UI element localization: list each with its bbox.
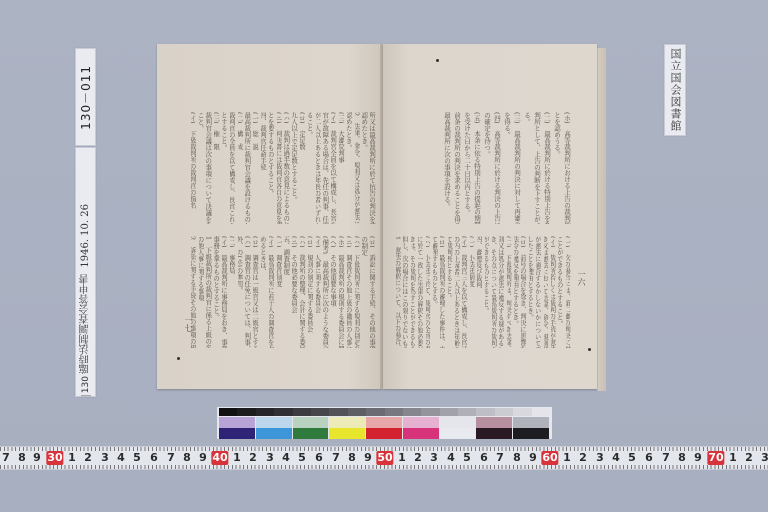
ruler-label: 4 [447,451,455,465]
gray-patch [311,408,329,416]
color-patch [256,428,292,439]
ruler-label: 5 [298,451,306,465]
catalog-series-number: 130 [81,376,91,396]
text-column: (ヘ) その他重要な事項 [331,236,337,348]
color-patch [329,428,365,439]
ruler-major-label: 30 [46,451,63,465]
text-column: 事務を掌るものとすること。 [214,236,220,348]
ruler-label: 3 [430,451,438,465]
color-patch [476,417,512,428]
ruler-label: 6 [150,451,158,465]
ruler-label: 8 [513,451,521,465]
gray-patch [513,408,531,416]
right-page: (ホ) 高等裁判所における上告の裁判所の決定によるときとを認めうる。(二) 最高… [383,44,597,389]
text-column: (二) 事務局 [230,236,236,348]
ruler-labels: 7893012345678940123456789501234567896012… [0,451,768,465]
text-column: 判所として、上告の判断を下すことができるものとす [533,112,541,224]
text-column: (二) 構 成 [238,112,244,224]
text-column: る。 [523,112,531,224]
text-column: が憲法に適合するかしないかについて不当な判断を [536,236,541,348]
catalog-title-slip: 1946. 10. 26 臨時法制調査会答申書 130 [75,147,96,397]
text-column: (三) 権 限 [214,112,220,224]
text-column: 五、調査制度 [284,236,290,348]
ruler-label: 9 [364,451,372,465]
text-column: (イ) 裁判官全員を以て構成し、長官を裁判長とし、長 [331,112,337,224]
ruler-label: 2 [249,451,257,465]
ruler-label: 2 [84,451,92,465]
ruler-label: 7 [662,451,670,465]
gray-patch [348,408,366,416]
catalog-title: 臨時法制調査会答申書 [78,274,93,374]
text-column: ことができるものとすること。 [558,236,563,348]
text-column: 四、裁判官任命手続 [261,112,267,224]
gray-patch [237,408,255,416]
text-column: 九人以上で定足数とすること。 [292,112,298,224]
ruler-label: 5 [133,451,141,465]
left-page-lower-text: (ロ) 訴訟に関する手続、その他の事項についての規則の制定(ハ) 下級裁判所に関… [191,236,376,348]
left-page-upper-text: 所又は最高裁判所に於て抗告の判決を確定でないと認めたとき。2 法律、命令、規則又… [191,112,376,224]
color-patch [513,428,549,439]
text-column: (二) 下級裁判所は、判決すべき法律、命令若しくは規 [507,236,512,348]
gray-patch [458,408,476,416]
gray-patch [385,408,403,416]
text-column: の制定 [362,236,368,348]
text-column: て審理するものとする。 [433,236,438,348]
text-column: 1 憲法の解釈について、以下の場合、行政裁判 [396,236,401,348]
ruler-label: 8 [348,451,356,465]
text-column: を受けた日から二十日以内とする。 [463,112,471,224]
text-column: こと。 [199,112,205,224]
ruler-label: 7 [496,451,504,465]
right-page-upper-text: (ホ) 高等裁判所における上告の裁判所の決定によるときとを認めうる。(二) 最高… [421,112,571,224]
text-column: (一) 総 説 [253,112,259,224]
gray-patch [256,408,274,416]
library-name: 国立国会図書館 [667,48,683,132]
ruler-major-label: 70 [707,451,724,465]
ruler-major-label: 50 [376,451,393,465]
color-patch [440,417,476,428]
text-column: (イ) 最高裁判所に若干人の調査官をおき、必要を認 [269,236,275,348]
text-column: (ニ) その他必要な委員会 [292,236,298,348]
library-stamp-slip: 国立国会図書館 [664,44,686,136]
ruler-label: 3 [761,451,768,465]
gray-patch [476,408,494,416]
text-column: (ハ) 調査官の任免については、判事、その他の事項の [245,236,251,348]
text-column: (イ) 裁判所若しくは裁判の手続が憲法に違反すると [551,236,556,348]
color-patch [256,417,292,428]
document-spread: 所又は最高裁判所に於て抗告の判決を確定でないと認めたとき。2 法律、命令、規則又… [157,44,605,392]
text-column: 四、審理及び裁判 [477,236,482,348]
color-swatches-dark [219,428,550,439]
text-column: 裁判官の全員を以て構成し、長官これを主宰するもの [230,112,236,224]
color-patch [513,417,549,428]
text-column: (五) 本条に依る特別上告の提起の期間は判決の送達 [473,112,481,224]
gray-patch [403,408,421,416]
text-column: の他人事に関する事項 [199,236,205,348]
ruler-label: 8 [678,451,686,465]
ruler-label: 3 [101,451,109,465]
ruler-label: 8 [18,451,26,465]
catalog-date: 1946. 10. 26 [80,204,91,268]
text-column: (ロ) 調査官は一級官又は二級官とすること。 [253,236,259,348]
text-column: (一) 次の場合には、第二審の判決に対して上告する [566,236,571,348]
text-column: (イ) 裁判官三人を以て構成し、長官又は先任の判事 [462,236,467,348]
ruler-label: 6 [645,451,653,465]
text-column: とを認めうる。 [553,112,561,224]
page-mark [177,357,180,360]
text-column: (ロ) 訴訟に関する手続、その他の事項についての規則 [370,236,376,348]
text-column: きは、その裁判を為すことができるものとすること。 [411,236,416,348]
color-patch [293,417,329,428]
ruler-label: 9 [694,451,702,465]
text-column: (イ) 下級裁判所の裁判官の指名 [191,112,197,224]
text-column: (一) 調査官制度 [277,236,283,348]
ruler-label: 7 [2,451,10,465]
text-column: (イ) 人事に関する委員会 [316,236,322,348]
gray-patch [421,408,439,416]
text-column: (ハ) 小法廷に於て、裁判官の全員の事件に対する判断 [426,236,431,348]
text-column: 認めたとき。 [347,112,353,224]
text-column: (三) 最高裁判所の判決に対して再審の訴を為すこと [513,112,521,224]
text-column: 官が故障ある場合は、先任の判事、任官の日の同じ者 [323,112,329,224]
ruler-label: 5 [628,451,636,465]
ruler-label: 2 [579,451,587,465]
text-column: が二人以上あるときは年長の者いずれかの裁判長とす [316,112,322,224]
gray-patch [495,408,513,416]
ruler-label: 1 [233,451,241,465]
text-column: (ロ) 最高裁判所の審理した事件は、すべて小法廷に於 [440,236,445,348]
page-stack-edge [597,48,606,391]
catalog-item-id: 130－011 [77,65,94,130]
text-column: の確定を待つ。 [483,112,491,224]
ruler-label: 5 [463,451,471,465]
gray-patch [219,408,237,416]
color-patch [366,417,402,428]
text-column: (ホ) 高等裁判所における上告の裁判所の決定によるとき [563,112,571,224]
color-swatches-light [219,417,550,428]
color-patch [329,417,365,428]
text-column: (一) 小法廷制度 [470,236,475,348]
ruler-label: 6 [315,451,323,465]
ruler-label: 1 [729,451,737,465]
text-column: に於て一致した法律の解釈その他必要がないと認めたと [418,236,423,348]
ruler-major-label: 60 [541,451,558,465]
right-page-number: 一六 [576,270,587,286]
left-page: 所又は最高裁判所に於て抗告の判決を確定でないと認めたとき。2 法律、命令、規則又… [157,44,382,389]
ruler-label: 2 [414,451,422,465]
ruler-ticks-bottom [0,465,768,469]
text-column: (ニ) 判決書には裁判官各自の意見を明確に表示するこ [277,112,283,224]
text-column: 則又は処分が憲法に違反する疑があると [499,236,504,348]
ruler-label: 2 [745,451,753,465]
ruler-label: 1 [563,451,571,465]
text-column: き又は憲法において法律、命令、規則若しくは処分 [544,236,549,348]
color-patch [219,428,255,439]
color-calibration-chart [217,407,552,439]
text-column: 最高裁判所に裁判官会議を設けるものとすること。 [245,112,251,224]
ruler-label: 4 [612,451,620,465]
color-patch [219,417,255,428]
ruler-label: 9 [199,451,207,465]
text-column: ること。 [308,112,314,224]
text-column: (三) 大審院判事 [339,112,345,224]
text-column: (ホ) 最高裁判所の規則する委員会に関する事項 [339,236,345,348]
gray-patch [440,408,458,416]
text-column: 外、の(ホ)の準用。 [238,236,244,348]
gray-patch [532,408,550,416]
ruler-label: 1 [398,451,406,465]
text-column: き、その点について最高裁判所の裁判を求めること [492,236,497,348]
color-patch [476,428,512,439]
text-column: 裁判官会議は次の事項について決議を為すものとする [206,112,212,224]
ruler-label: 4 [282,451,290,465]
ruler-major-label: 40 [211,451,228,465]
left-page-number: 一七 [183,316,194,332]
text-column: 前条の裁判所の判決を求めることを得る。 [453,112,461,224]
text-column: て裁判長とすること。 [448,236,453,348]
ruler-label: 7 [332,451,340,465]
text-column: とを要するものとすること。 [269,112,275,224]
text-column: したことを理由とするとき。 [529,236,534,348]
text-column: 認めたとき。 [362,112,368,224]
color-patch [293,428,329,439]
ruler-label: 8 [183,451,191,465]
ruler-label: 9 [529,451,537,465]
text-column: (ニ) 調査官その他上級の職員の人事に関する事項 [347,236,353,348]
page-mark [588,348,591,351]
text-column: (二) 最高裁判所に於ける特別上告を為す場合は最高裁 [543,112,551,224]
color-patch [366,428,402,439]
color-patch [440,428,476,439]
text-column: 最高裁判所に次の事項を設ける。 [443,112,451,224]
text-column: 所又は最高裁判所に於て抗告の判決を確定でないと [370,112,376,224]
text-column: の内の上席者二人以上あるときは年齢の多い者を以 [455,236,460,348]
text-column: 2 法律、命令、規則又は処分が憲法に適合しないと [355,112,361,224]
text-column: ができるものとすること。 [485,236,490,348]
ruler-label: 4 [117,451,125,465]
gray-patch [366,408,384,416]
text-column: を得る。 [503,112,511,224]
catalog-id-slip: 130－011 [75,48,96,146]
text-column: (四) 高等裁判所に於ける判決の上告に関しては判決 [493,112,501,224]
text-column: 但し、次の場合にはこの限りでないものとすること。 [403,236,408,348]
text-column: (ロ) 規則の制定に関する委員会 [308,236,314,348]
text-column: (ロ) 定足数 [300,112,306,224]
gray-patch [274,408,292,416]
gray-patch [293,408,311,416]
ruler-label: 1 [68,451,76,465]
text-column: (ハ) 裁判は過半数の意見によるものとすること。 [284,112,290,224]
text-column: 法令の違反を理由とするとき。 [514,236,519,348]
ruler-label: 7 [167,451,175,465]
right-page-lower-text: (一) 次の場合には、第二審の判決に対して上告することができるものとすること。(… [396,236,571,348]
text-column: とすること。 [222,112,228,224]
ruler-label: 9 [33,451,41,465]
text-column: めるときは、 [261,236,267,348]
text-column: (ハ) 下級裁判所に関する規則の制定の委任 [355,236,361,348]
page-mark [436,59,439,62]
text-column: (ロ) 前号の場合を除き、判決に影響を及ぼすべき [521,236,526,348]
gray-patch [329,408,347,416]
gray-scale-strip [219,408,550,416]
text-column: (ハ) 裁判所の整理、会計に関する委員会 [300,236,306,348]
text-column: (イ) 最高裁判所に事務局をおき、事務局に於ては次の [222,236,228,348]
ruler-label: 3 [596,451,604,465]
ruler-label: 3 [266,451,274,465]
measuring-ruler: 7893012345678940123456789501234567896012… [0,446,768,470]
ruler-label: 6 [480,451,488,465]
text-column: (備考) 最高裁判所に次のような委員会を設ける。 [323,236,329,348]
color-patch [403,417,439,428]
text-column: 1 下級裁判所の裁判官に係る上級の名簿の調製そ [206,236,212,348]
color-patch [403,428,439,439]
